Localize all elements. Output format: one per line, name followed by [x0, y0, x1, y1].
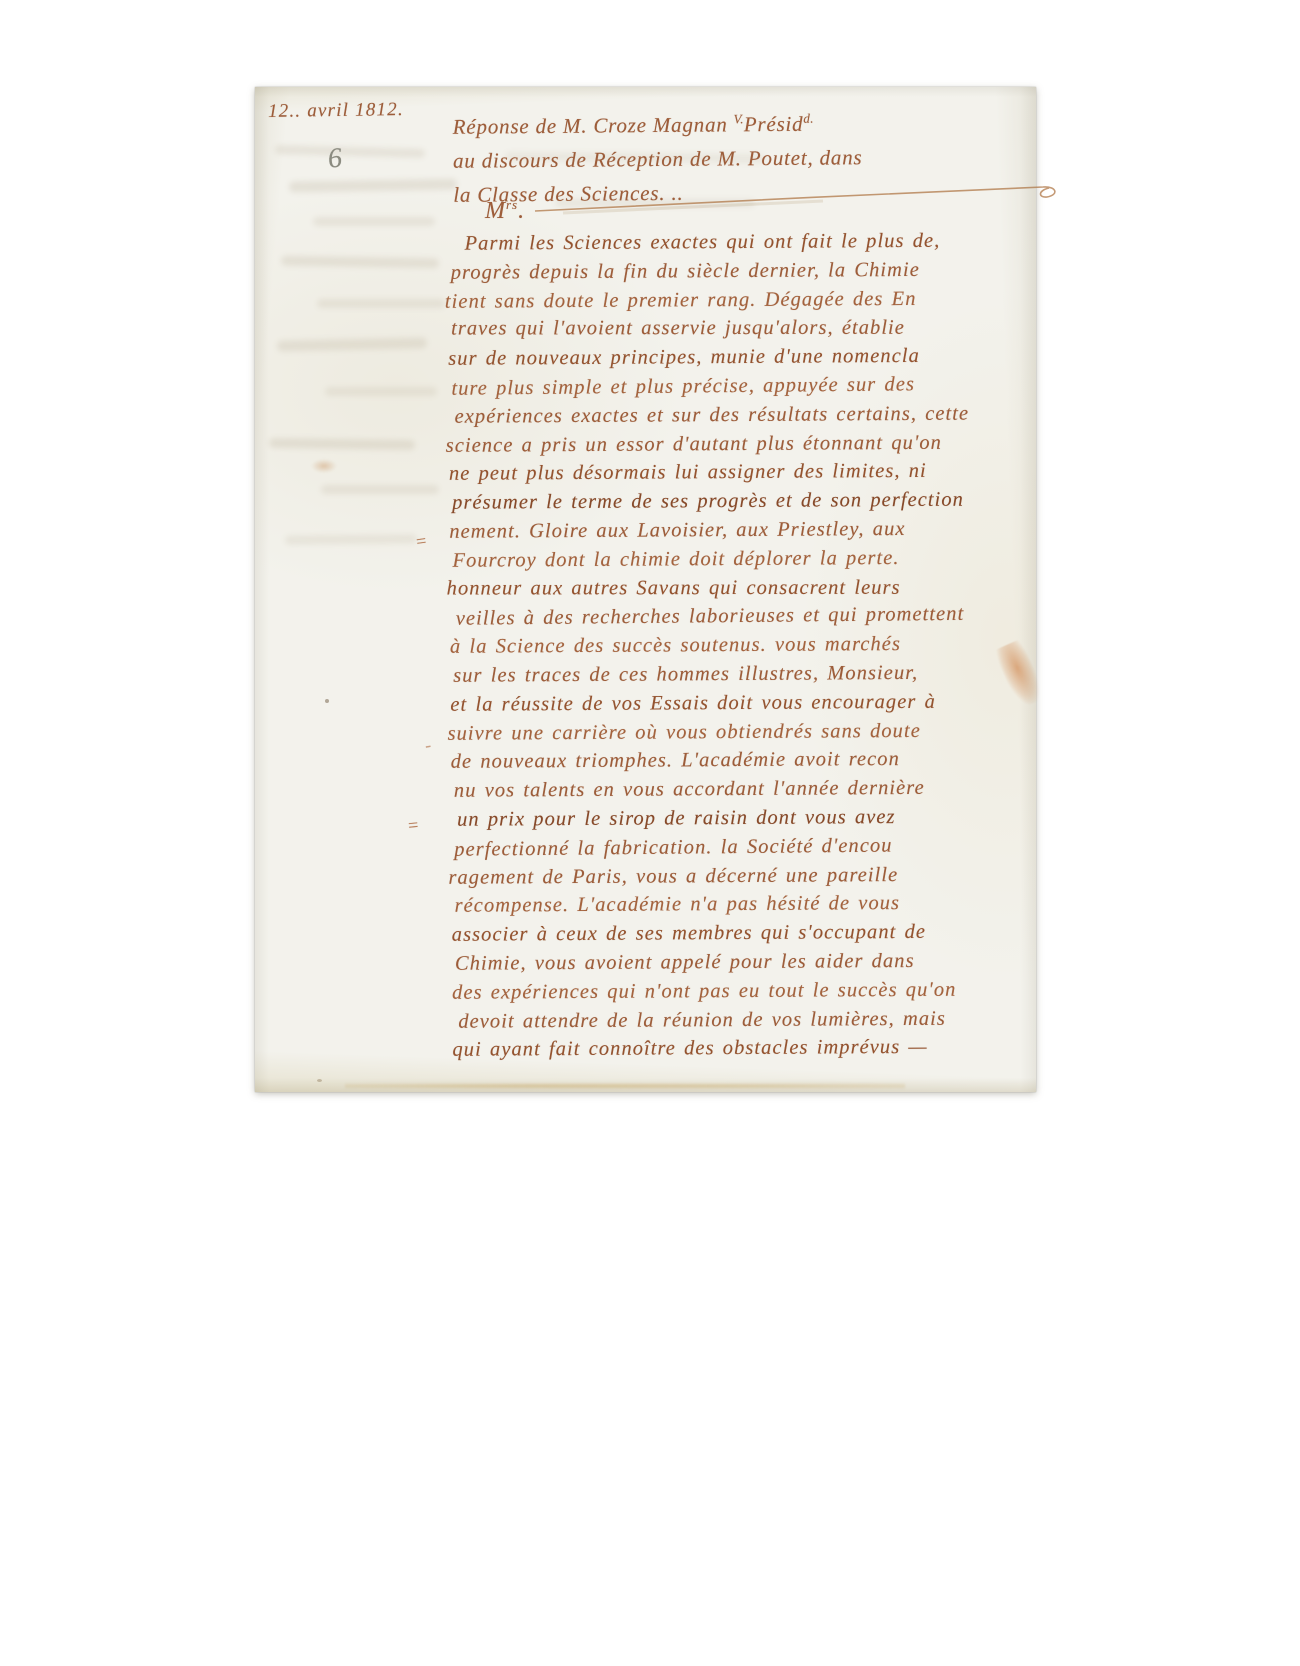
manuscript-line: honneur aux autres Savans qui consacrent… — [447, 573, 1030, 603]
manuscript-line: de nouveaux triomphes. L'académie avoit … — [451, 745, 1031, 777]
bleedthrough-mark — [325, 387, 437, 396]
manuscript-line: Parmi les Sciences exactes qui ont fait … — [464, 226, 1027, 258]
title-block: Réponse de M. Croze Magnan V.Présidd. au… — [453, 101, 863, 212]
manuscript-line: suivre une carrière où vous obtiendrés s… — [447, 716, 1030, 748]
scan-background: 12.. avril 1812. 6 Réponse de M. Croze M… — [0, 0, 1300, 1666]
manuscript-line: traves qui l'avoient asservie jusqu'alor… — [451, 314, 1028, 344]
manuscript-line: à la Science des succès soutenus. vous m… — [450, 629, 1030, 661]
manuscript-line: expériences exactes et sur des résultats… — [455, 399, 1029, 431]
ink-speck — [325, 699, 329, 703]
bottom-edge-foxing — [345, 1082, 905, 1090]
manuscript-line: science a pris un essor d'autant plus ét… — [446, 428, 1029, 460]
manuscript-line: ne peut plus désormais lui assigner des … — [449, 457, 1029, 489]
ink-speck — [317, 1079, 322, 1082]
manuscript-line: un prix pour le sirop de raisin dont vou… — [457, 802, 1031, 834]
manuscript-line: récompense. L'académie n'a pas hésité de… — [455, 889, 1032, 921]
body-text: Parmi les Sciences exactes qui ont fait … — [447, 226, 1032, 1065]
bleedthrough-mark — [317, 299, 445, 308]
manuscript-line: Chimie, vous avoient appelé pour les aid… — [455, 946, 1032, 978]
manuscript-line: et la réussite de vos Essais doit vous e… — [450, 687, 1030, 719]
title-line-1-text: Réponse de M. Croze Magnan — [453, 112, 734, 138]
manuscript-line: devoit attendre de la réunion de vos lum… — [458, 1004, 1032, 1036]
bleedthrough-mark — [281, 256, 439, 269]
manuscript-line: sur de nouveaux principes, munie d'une n… — [448, 341, 1028, 373]
margin-mark: - — [423, 735, 433, 757]
manuscript-line: perfectionné la fabrication. la Société … — [454, 830, 1031, 864]
margin-mark: = — [414, 530, 429, 552]
manuscript-line: ragement de Paris, vous a décerné une pa… — [448, 860, 1031, 892]
salutation-text: M — [485, 198, 506, 224]
bleedthrough-mark — [289, 179, 457, 193]
manuscript-line: veilles à des recherches laborieuses et … — [456, 600, 1030, 634]
manuscript-line: des expériences qui n'ont pas eu tout le… — [452, 975, 1032, 1007]
foxing-spot — [311, 459, 337, 473]
manuscript-line: présumer le terme de ses progrès et de s… — [452, 485, 1029, 517]
bleedthrough-mark — [275, 145, 425, 158]
manuscript-line: tient sans doute le premier rang. Dégagé… — [445, 284, 1028, 316]
title-superscript: d. — [803, 111, 813, 126]
bleedthrough-mark — [269, 438, 415, 450]
margin-mark: = — [406, 814, 420, 836]
salutation-text: . — [518, 198, 525, 224]
title-line-1: Réponse de M. Croze Magnan V.Présidd. — [453, 101, 863, 144]
title-line-2: au discours de Réception de M. Poutet, d… — [453, 140, 863, 178]
manuscript-line: nement. Gloire aux Lavoisier, aux Priest… — [449, 514, 1029, 546]
bleedthrough-mark — [277, 337, 427, 351]
manuscript-line: ture plus simple et plus précise, appuyé… — [451, 369, 1028, 403]
manuscript-paper: 12.. avril 1812. 6 Réponse de M. Croze M… — [255, 87, 1036, 1092]
salutation-superscript: rs — [506, 197, 518, 212]
manuscript-line: associer à ceux de ses membres qui s'occ… — [452, 917, 1032, 949]
title-superscript: V. — [734, 111, 744, 126]
bleedthrough-mark — [321, 485, 439, 494]
title-line-1-text: Présid — [744, 112, 804, 137]
bleedthrough-mark — [313, 217, 435, 226]
page-number-pencil: 6 — [326, 142, 343, 175]
manuscript-line: nu vos talents en vous accordant l'année… — [454, 773, 1031, 805]
manuscript-line: Fourcroy dont la chimie doit déplorer la… — [452, 543, 1029, 575]
manuscript-line: qui ayant fait connoître des obstacles i… — [452, 1033, 1032, 1065]
bleedthrough-mark — [285, 534, 417, 544]
salutation: Mrs. — [485, 197, 525, 225]
date-label: 12.. avril 1812. — [268, 99, 404, 123]
manuscript-line: progrès depuis la fin du siècle dernier,… — [451, 255, 1028, 287]
manuscript-line: sur les traces de ces hommes illustres, … — [453, 658, 1030, 690]
